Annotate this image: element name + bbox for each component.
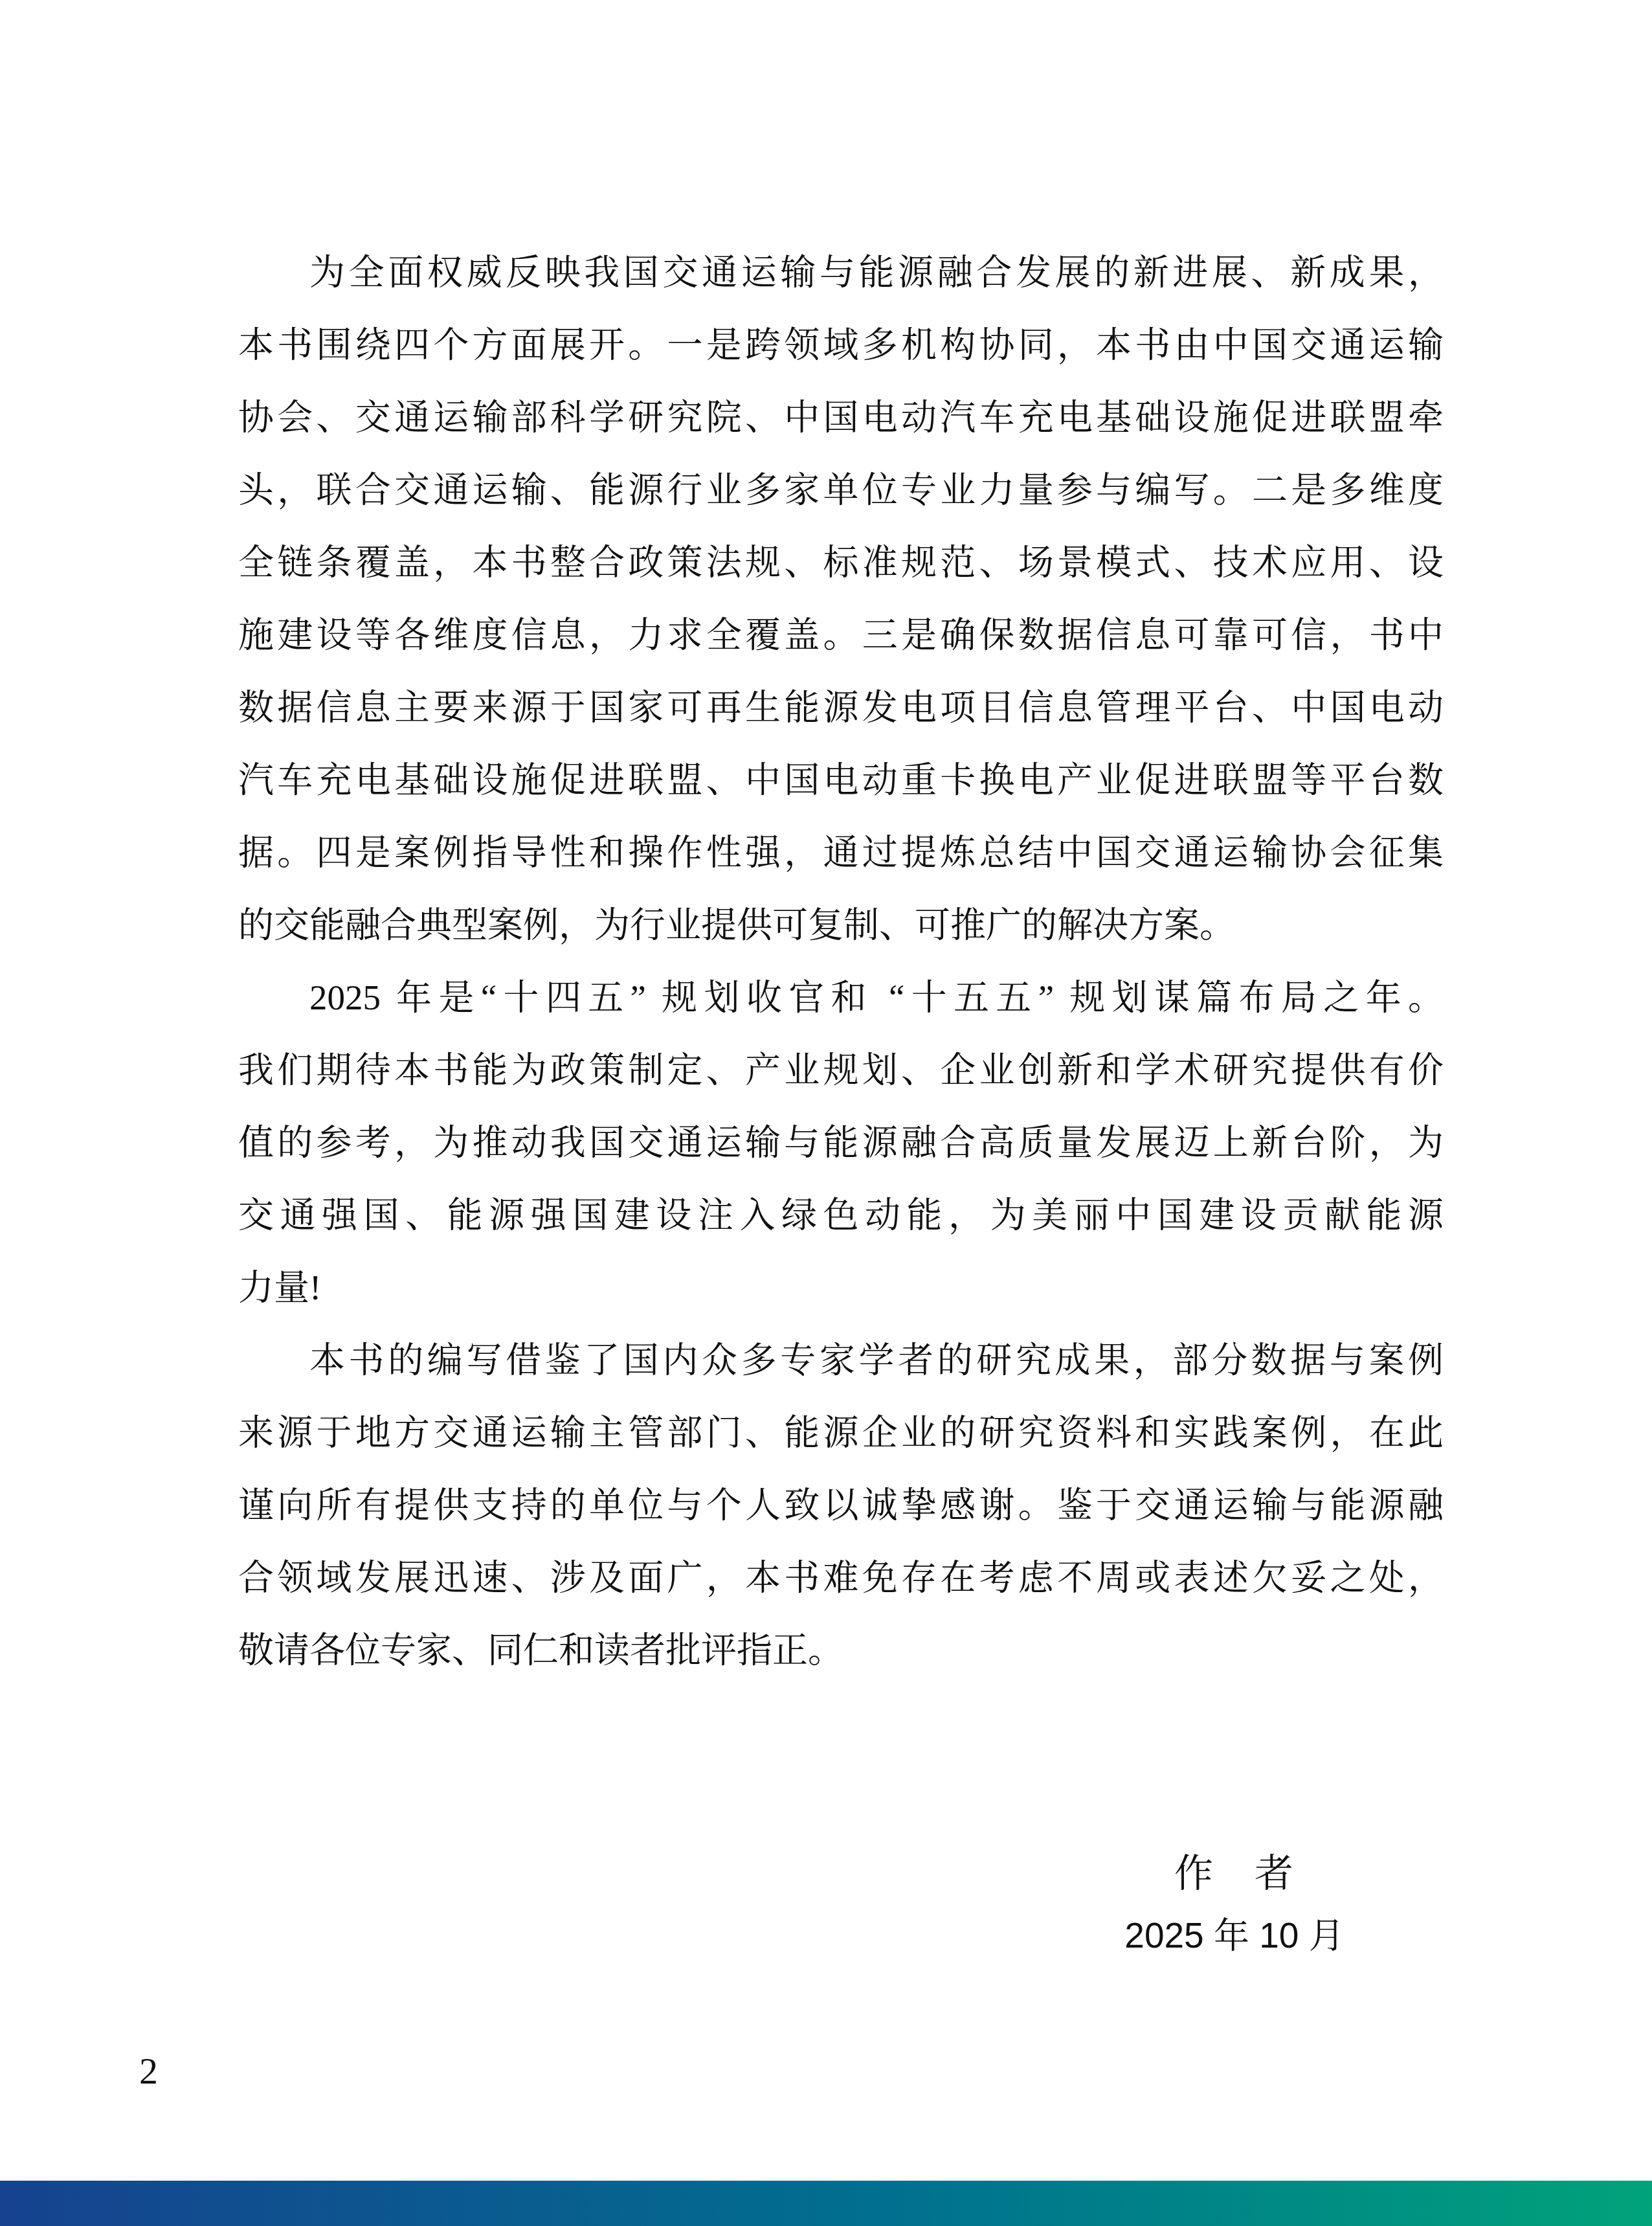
document-page: 为全面权威反映我国交通运输与能源融合发展的新进展、新成果，本书围绕四个方面展开。… xyxy=(0,0,1652,2226)
text-line: 全链条覆盖，本书整合政策法规、标准规范、场景模式、技术应用、设 xyxy=(238,526,1444,599)
text-line: 本书围绕四个方面展开。一是跨领域多机构协同，本书由中国交通运输 xyxy=(238,309,1444,381)
text-line: 力量! xyxy=(238,1252,1444,1324)
text-line: 敬请各位专家、同仁和读者批评指正。 xyxy=(238,1614,1444,1687)
text-line: 谨向所有提供支持的单位与个人致以诚挚感谢。鉴于交通运输与能源融 xyxy=(238,1469,1444,1542)
date-line: 2025 年 10 月 xyxy=(1036,1918,1433,1953)
text-line: 值的参考，为推动我国交通运输与能源融合高质量发展迈上新台阶，为 xyxy=(238,1107,1444,1179)
preface-text: 为全面权威反映我国交通运输与能源融合发展的新进展、新成果，本书围绕四个方面展开。… xyxy=(238,236,1444,1687)
text-line: 为全面权威反映我国交通运输与能源融合发展的新进展、新成果， xyxy=(238,236,1444,309)
text-line: 交通强国、能源强国建设注入绿色动能，为美丽中国建设贡献能源 xyxy=(238,1179,1444,1252)
text-line: 头，联合交通运输、能源行业多家单位专业力量参与编写。二是多维度 xyxy=(238,454,1444,526)
text-line: 施建设等各维度信息，力求全覆盖。三是确保数据信息可靠可信，书中 xyxy=(238,599,1444,671)
author-line: 作 者 xyxy=(1036,1854,1433,1893)
text-line: 本书的编写借鉴了国内众多专家学者的研究成果，部分数据与案例 xyxy=(238,1324,1444,1397)
signature-block: 作 者 2025 年 10 月 xyxy=(1036,1854,1433,1953)
text-line: 来源于地方交通运输主管部门、能源企业的研究资料和实践案例，在此 xyxy=(238,1397,1444,1469)
text-line: 据。四是案例指导性和操作性强，通过提炼总结中国交通运输协会征集 xyxy=(238,816,1444,889)
text-line: 协会、交通运输部科学研究院、中国电动汽车充电基础设施促进联盟牵 xyxy=(238,381,1444,454)
footer-gradient-bar xyxy=(0,2181,1652,2226)
text-line: 的交能融合典型案例，为行业提供可复制、可推广的解决方案。 xyxy=(238,889,1444,961)
page-number: 2 xyxy=(139,2052,158,2090)
text-line: 我们期待本书能为政策制定、产业规划、企业创新和学术研究提供有价 xyxy=(238,1034,1444,1107)
text-line: 2025 年是“十四五” 规划收官和 “十五五” 规划谋篇布局之年。 xyxy=(238,961,1444,1034)
text-line: 合领域发展迅速、涉及面广，本书难免存在考虑不周或表述欠妥之处， xyxy=(238,1542,1444,1614)
text-line: 汽车充电基础设施促进联盟、中国电动重卡换电产业促进联盟等平台数 xyxy=(238,744,1444,816)
text-line: 数据信息主要来源于国家可再生能源发电项目信息管理平台、中国电动 xyxy=(238,671,1444,744)
